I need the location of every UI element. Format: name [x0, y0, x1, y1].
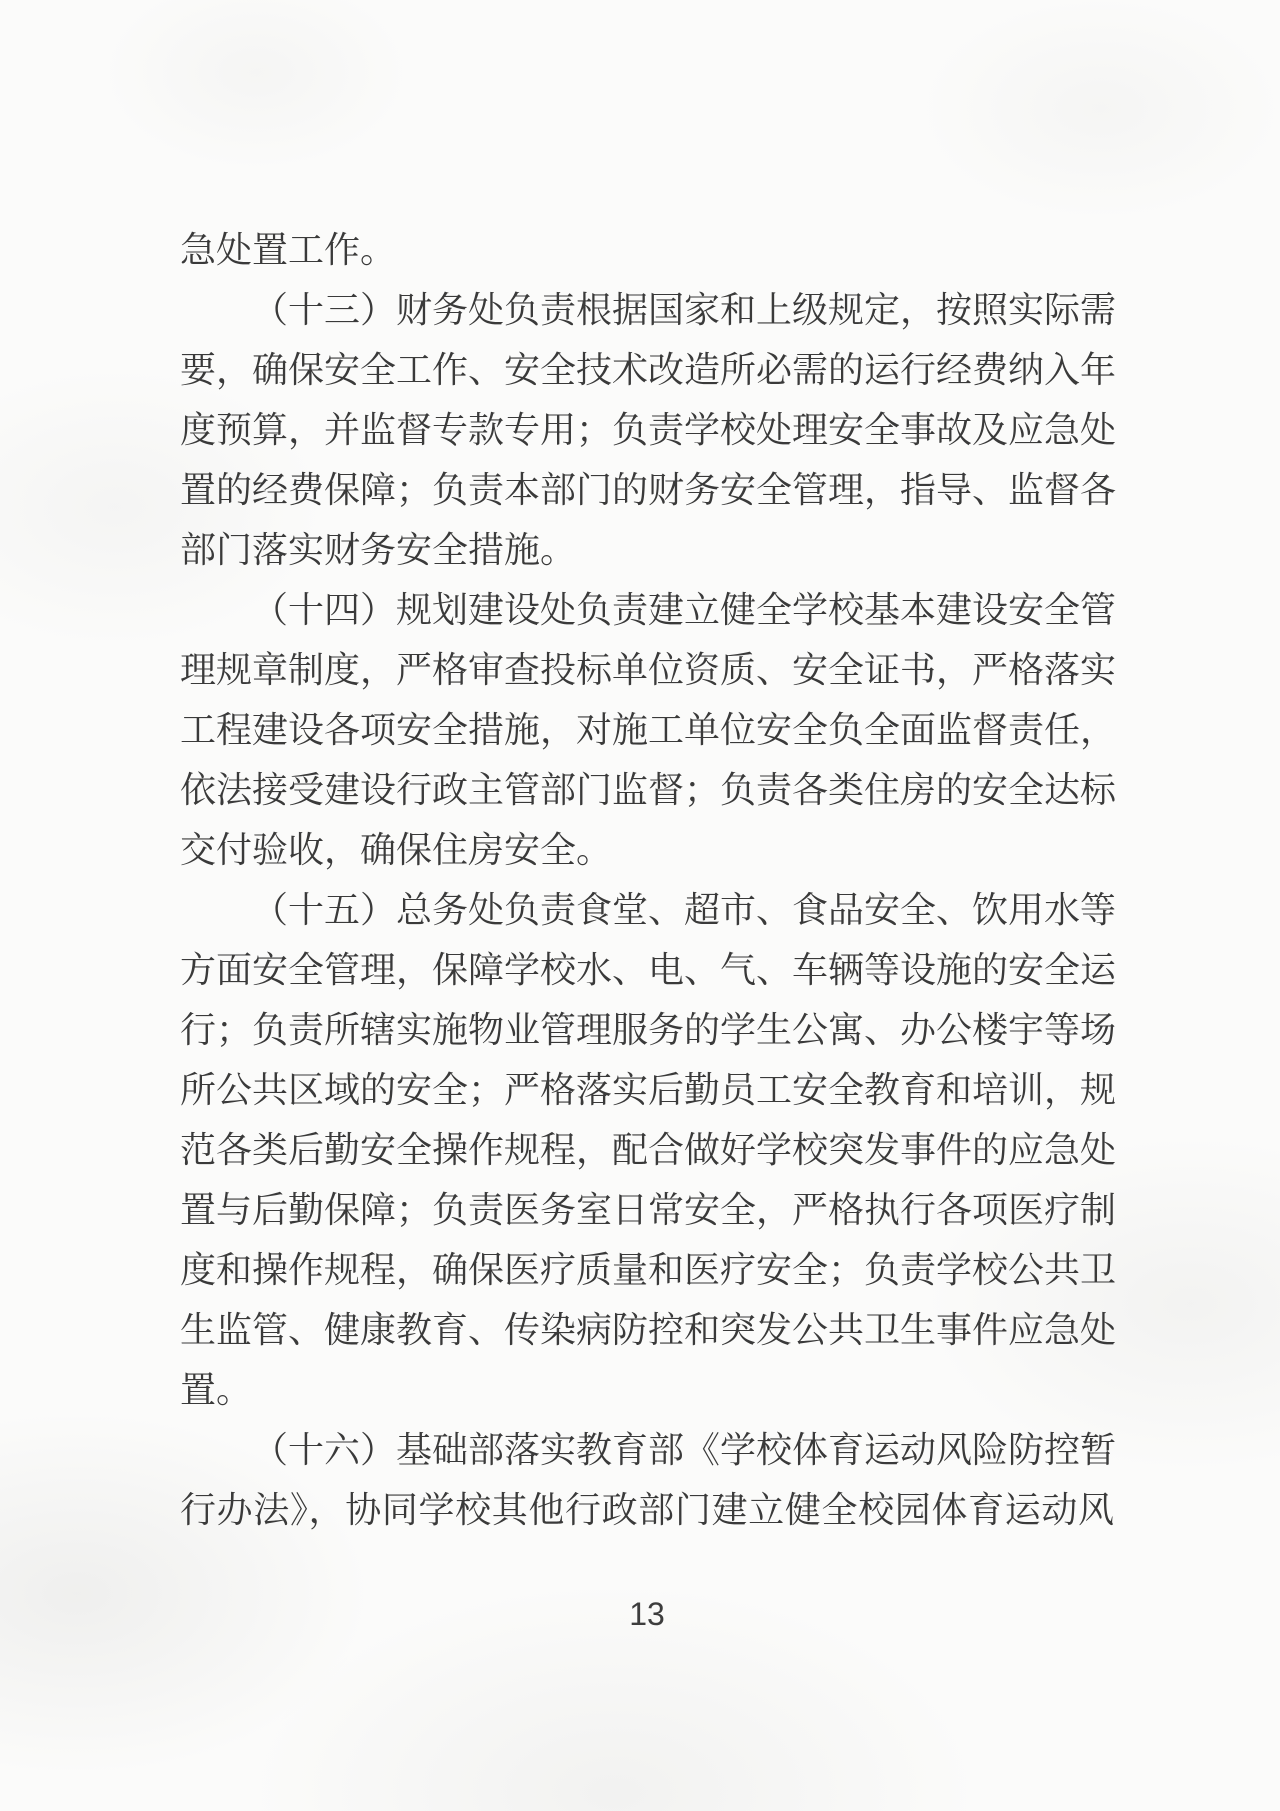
text-line: 所公共区域的安全；严格落实后勤员工安全教育和培训，规	[180, 1060, 1114, 1120]
text-line: 方面安全管理，保障学校水、电、气、车辆等设施的安全运	[180, 940, 1114, 1000]
text-line: 行；负责所辖实施物业管理服务的学生公寓、办公楼宇等场	[180, 1000, 1114, 1060]
text-line: （十三）财务处负责根据国家和上级规定，按照实际需	[180, 280, 1114, 340]
document-body: 急处置工作。 （十三）财务处负责根据国家和上级规定，按照实际需 要，确保安全工作…	[180, 220, 1114, 1540]
page-number: 13	[180, 1594, 1114, 1634]
text-line: 范各类后勤安全操作规程，配合做好学校突发事件的应急处	[180, 1120, 1114, 1180]
text-line: （十六）基础部落实教育部《学校体育运动风险防控暂	[180, 1420, 1114, 1480]
text-line: （十四）规划建设处负责建立健全学校基本建设安全管	[180, 580, 1114, 640]
text-line: 理规章制度，严格审查投标单位资质、安全证书，严格落实	[180, 640, 1114, 700]
text-line: 交付验收，确保住房安全。	[180, 820, 1114, 880]
text-line: 工程建设各项安全措施，对施工单位安全负全面监督责任，	[180, 700, 1114, 760]
text-line: 度预算，并监督专款专用；负责学校处理安全事故及应急处	[180, 400, 1114, 460]
text-line: 置的经费保障；负责本部门的财务安全管理，指导、监督各	[180, 460, 1114, 520]
document-page: 急处置工作。 （十三）财务处负责根据国家和上级规定，按照实际需 要，确保安全工作…	[0, 0, 1280, 1811]
text-line: 部门落实财务安全措施。	[180, 520, 1114, 580]
text-line: 急处置工作。	[180, 220, 1114, 280]
text-line: 度和操作规程，确保医疗质量和医疗安全；负责学校公共卫	[180, 1240, 1114, 1300]
text-line: 依法接受建设行政主管部门监督；负责各类住房的安全达标	[180, 760, 1114, 820]
text-line: 置与后勤保障；负责医务室日常安全，严格执行各项医疗制	[180, 1180, 1114, 1240]
text-line: 置。	[180, 1360, 1114, 1420]
text-line: 生监管、健康教育、传染病防控和突发公共卫生事件应急处	[180, 1300, 1114, 1360]
text-line: 行办法》，协同学校其他行政部门建立健全校园体育运动风	[180, 1480, 1114, 1540]
text-line: 要，确保安全工作、安全技术改造所必需的运行经费纳入年	[180, 340, 1114, 400]
text-line: （十五）总务处负责食堂、超市、食品安全、饮用水等	[180, 880, 1114, 940]
